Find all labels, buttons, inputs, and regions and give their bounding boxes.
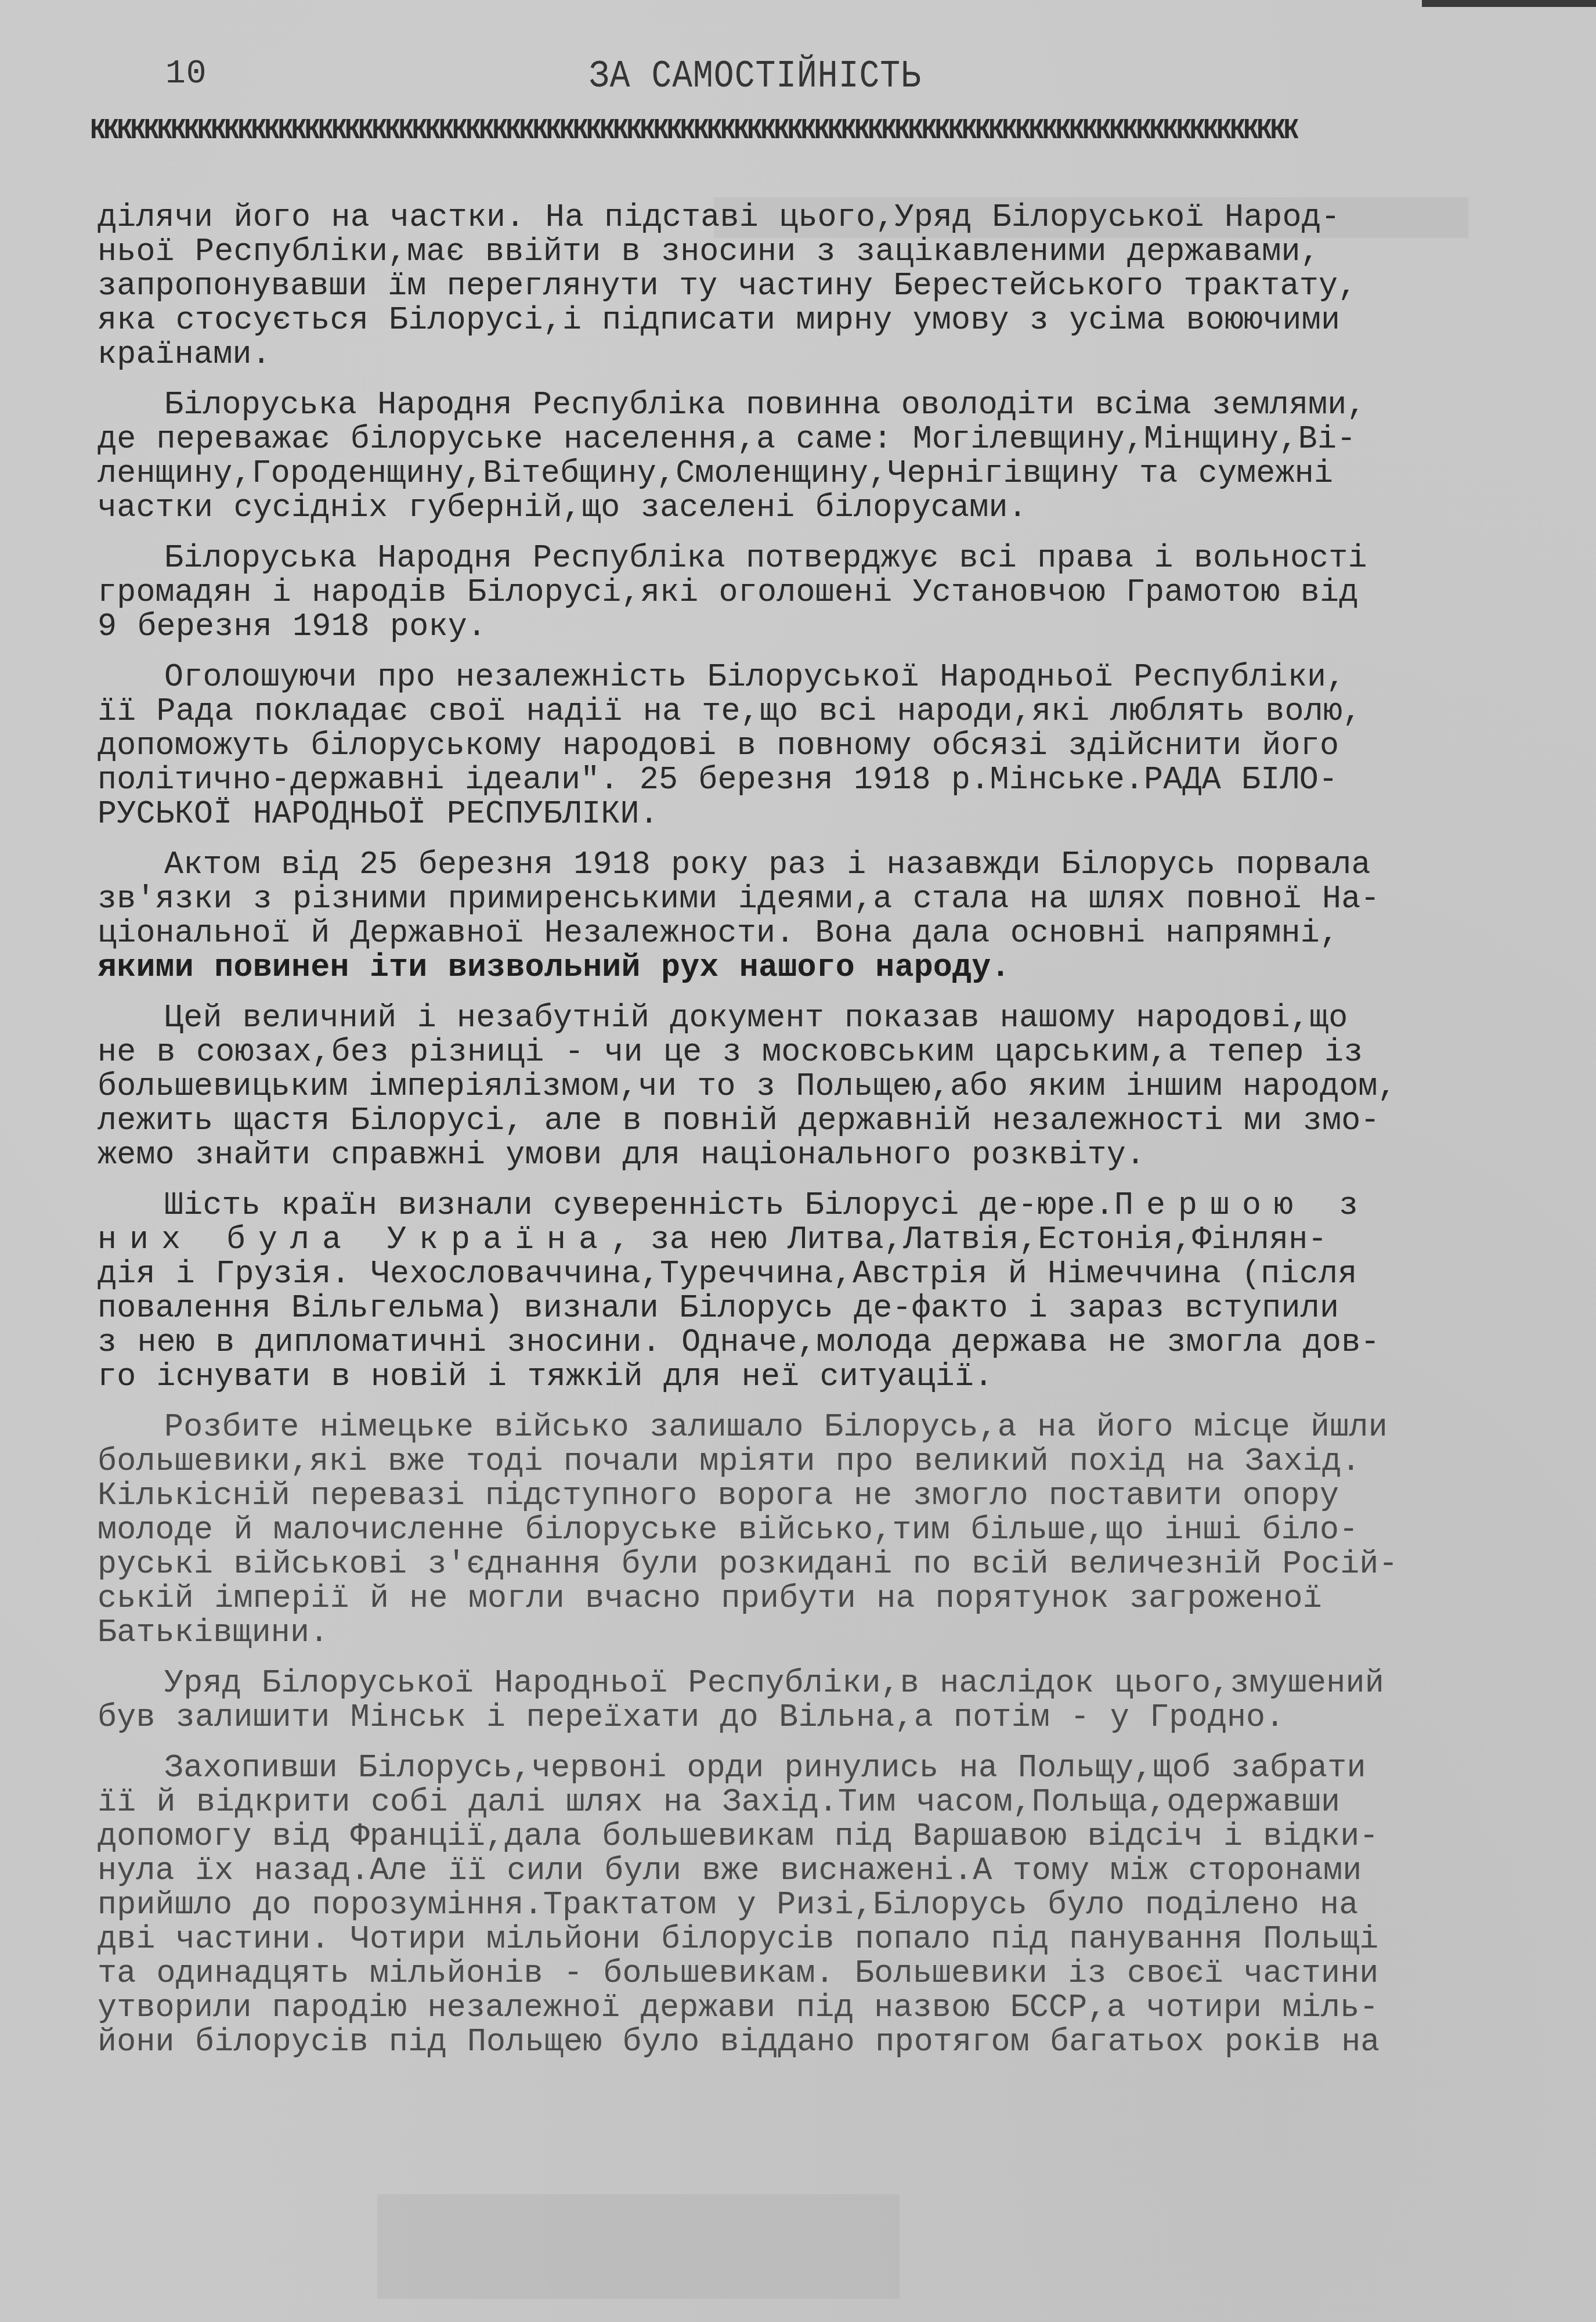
text-line: повалення Вільгельма) визнали Білорусь д… — [98, 1291, 1514, 1325]
text-line: жемо знайти справжні умови для національ… — [98, 1138, 1514, 1172]
text-line: ціональної й Державної Незалежности. Вон… — [98, 916, 1514, 950]
text-line: частки сусідніх губерній,що заселені біл… — [98, 491, 1514, 525]
paragraph-6: Цей величний і незабутній документ показ… — [98, 1001, 1514, 1172]
text-line: дія і Грузія. Чехословаччина,Туреччина,А… — [98, 1257, 1514, 1291]
ink-bleed-band — [377, 2194, 900, 2299]
text-line: Оголошуючи про незалежність Білоруської … — [98, 660, 1514, 694]
text-line: Захопивши Білорусь,червоні орди ринулись… — [98, 1751, 1514, 1785]
text-line: ській імперії й не могли вчасно прибути … — [98, 1581, 1514, 1616]
text-line: запропонувавши їм переглянути ту частину… — [98, 269, 1514, 303]
spaced-emphasis: них була Україна — [98, 1221, 611, 1258]
text-line: утворили пародію незалежної держави під … — [98, 1991, 1514, 2025]
text-line: них була Україна, за нею Литва,Латвія,Ес… — [98, 1223, 1514, 1257]
text-line: Розбите німецьке військо залишало Білору… — [98, 1410, 1514, 1444]
text-line: нула їх назад.Але її сили були вже висна… — [98, 1854, 1514, 1888]
text-line: зв'язки з різними примиренськими ідеями,… — [98, 882, 1514, 916]
text-line: руські військові з'єднання були розкидан… — [98, 1547, 1514, 1581]
scanned-page: 10 ЗА САМОСТІЙНІСТЬ кккккккккккккккккккк… — [0, 0, 1596, 2322]
journal-title: ЗА САМОСТІЙНІСТЬ — [589, 55, 922, 99]
text-line: її Рада покладає свої надії на те,що всі… — [98, 694, 1514, 729]
text-line: Актом від 25 березня 1918 року раз і наз… — [98, 848, 1514, 882]
paragraph-2: Білоруська Народня Республіка повинна ов… — [98, 388, 1514, 525]
text-line: го існувати в новій і тяжкій для неї сит… — [98, 1360, 1514, 1394]
text-line: Білоруська Народня Республіка потверджує… — [98, 541, 1514, 575]
text-line: Цей величний і незабутній документ показ… — [98, 1001, 1514, 1035]
paragraph-4: Оголошуючи про незалежність Білоруської … — [98, 660, 1514, 831]
text-line: яка стосується Білорусі,і підписати мирн… — [98, 303, 1514, 337]
paragraph-3: Білоруська Народня Республіка потверджує… — [98, 541, 1514, 644]
emphasized-line: якими повинен іти визвольний рух нашого … — [98, 950, 1514, 985]
text-line: Батьківщини. — [98, 1616, 1514, 1650]
paragraph-8: Розбите німецьке військо залишало Білору… — [98, 1410, 1514, 1650]
text-line: Кількісній перевазі підступного ворога н… — [98, 1479, 1514, 1513]
paragraph-9: Уряд Білоруської Народньої Республіки,в … — [98, 1666, 1514, 1735]
text-line: був залишити Мінськ і переїхати до Вільн… — [98, 1700, 1514, 1735]
text-line: большевики,які вже тоді почали мріяти пр… — [98, 1444, 1514, 1479]
text-line: політично-державні ідеали". 25 березня 1… — [98, 763, 1514, 797]
text-line: молоде й малочисленне білоруське військо… — [98, 1513, 1514, 1547]
text-line: з нею в дипломатичні зносини. Одначе,мол… — [98, 1325, 1514, 1360]
spaced-emphasis: Першою з — [1114, 1187, 1371, 1224]
text-line: РУСЬКОЇ НАРОДНЬОЇ РЕСПУБЛІКИ. — [98, 797, 1514, 831]
paragraph-7: Шість країн визнали суверенність Білорус… — [98, 1188, 1514, 1394]
text-line: громадян і народів Білорусі,які оголошен… — [98, 575, 1514, 610]
page-number: 10 — [165, 55, 207, 93]
text-line: країнами. — [98, 337, 1514, 372]
text-line: дві частини. Чотири мільйони білорусів п… — [98, 1922, 1514, 1956]
text-line: та одинадцять мільйонів - большевикам. Б… — [98, 1956, 1514, 1991]
text-line: де переважає білоруське населення,а саме… — [98, 422, 1514, 456]
text-line: допомогу від Франції,дала большевикам пі… — [98, 1819, 1514, 1854]
text-line: Шість країн визнали суверенність Білорус… — [98, 1188, 1514, 1223]
scan-edge-shadow — [1422, 0, 1596, 7]
text-line: ленщину,Городенщину,Вітебщину,Смоленщину… — [98, 456, 1514, 491]
text-line: її й відкрити собі далі шлях на Захід.Ти… — [98, 1785, 1514, 1819]
text-line: допоможуть білоруському народові в повно… — [98, 729, 1514, 763]
text-line: не в союзах,без різниці - чи це з москов… — [98, 1035, 1514, 1069]
text-line: лежить щастя Білорусі, але в повній держ… — [98, 1104, 1514, 1138]
typed-separator-rule: кккккккккккккккккккккккккккккккккккккккк… — [90, 104, 1436, 153]
text-fragment: Шість країн визнали суверенність Білорус… — [164, 1187, 1114, 1224]
text-line: большевицьким імперіялізмом,чи то з Поль… — [98, 1069, 1514, 1104]
paragraph-5: Актом від 25 березня 1918 року раз і наз… — [98, 848, 1514, 985]
article-body: ділячи його на частки. На підставі цього… — [98, 200, 1514, 2075]
text-line: 9 березня 1918 року. — [98, 610, 1514, 644]
text-line: йони білорусів під Польщею було віддано … — [98, 2025, 1514, 2059]
paragraph-10: Захопивши Білорусь,червоні орди ринулись… — [98, 1751, 1514, 2059]
text-line: прийшло до порозуміння.Трактатом у Ризі,… — [98, 1888, 1514, 1922]
text-fragment: , за нею Литва,Латвія,Естонія,Фінлян- — [611, 1221, 1327, 1258]
text-line: Білоруська Народня Республіка повинна ов… — [98, 388, 1514, 422]
paragraph-1: ділячи його на частки. На підставі цього… — [98, 200, 1514, 372]
page-header: 10 ЗА САМОСТІЙНІСТЬ — [165, 55, 1454, 102]
text-line: ділячи його на частки. На підставі цього… — [98, 200, 1514, 235]
text-line: ньої Республіки,має ввійти в зносини з з… — [98, 235, 1514, 269]
text-line: Уряд Білоруської Народньої Республіки,в … — [98, 1666, 1514, 1700]
